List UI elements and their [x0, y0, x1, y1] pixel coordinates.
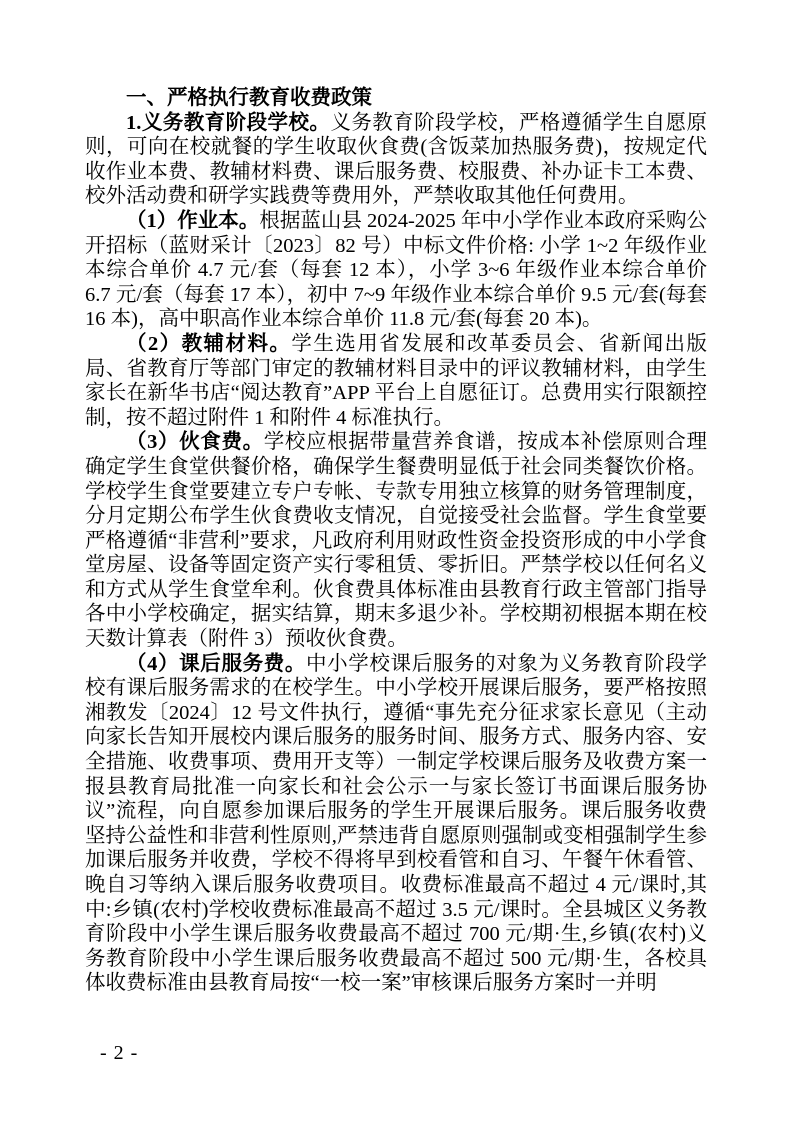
document-page: 一、严格执行教育收费政策 1.义务教育阶段学校。义务教育阶段学校，严格遵循学生自… [0, 0, 793, 1122]
paragraph-lead: 1.义务教育阶段学校。 [126, 112, 330, 134]
paragraph-teaching-material-fee: （2）教辅材料。学生选用省发展和改革委员会、省新闻出版局、省教育厅等部门审定的教… [85, 332, 707, 430]
paragraph-intro: 1.义务教育阶段学校。义务教育阶段学校，严格遵循学生自愿原则，可向在校就餐的学生… [85, 111, 707, 209]
paragraph-lead: （1）作业本。 [126, 210, 259, 232]
page-number: - 2 - [100, 1042, 138, 1065]
paragraph-lead: （3）伙食费。 [126, 431, 264, 453]
paragraph-lead: （2）教辅材料。 [126, 333, 291, 355]
document-body: 一、严格执行教育收费政策 1.义务教育阶段学校。义务教育阶段学校，严格遵循学生自… [85, 86, 707, 996]
paragraph-text: 中小学校课后服务的对象为义务教育阶段学校有课后服务需求的在校学生。中小学校开展课… [85, 653, 707, 995]
paragraph-text: 学校应根据带量营养食谱，按成本补偿原则合理确定学生食堂供餐价格，确保学生餐费明显… [85, 431, 707, 650]
paragraph-meal-fee: （3）伙食费。学校应根据带量营养食谱，按成本补偿原则合理确定学生食堂供餐价格，确… [85, 430, 707, 651]
section-heading: 一、严格执行教育收费政策 [85, 86, 707, 111]
paragraph-lead: （4）课后服务费。 [126, 653, 306, 675]
paragraph-after-school-service-fee: （4）课后服务费。中小学校课后服务的对象为义务教育阶段学校有课后服务需求的在校学… [85, 652, 707, 996]
paragraph-workbook-fee: （1）作业本。根据蓝山县 2024-2025 年中小学作业本政府采购公开招标（蓝… [85, 209, 707, 332]
